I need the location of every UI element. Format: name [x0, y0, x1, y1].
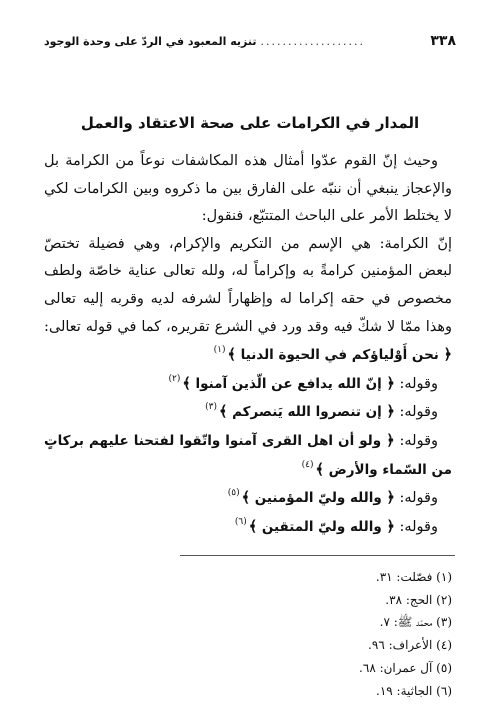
quran-verse: والله وليّ المؤمنين: [255, 490, 382, 506]
ornate-bracket-close: ﴾: [219, 403, 228, 420]
footnote-ref[interactable]: (١): [214, 345, 226, 355]
quran-verse: والله وليّ المتقين: [262, 519, 382, 535]
quote-line: وقوله: ﴿ ولو أن اهل القرى آمنوا واتّقوا …: [44, 427, 452, 484]
ornate-bracket-open: ﴿: [386, 375, 395, 392]
ornate-bracket-open: ﴿: [386, 489, 395, 506]
quote-prefix: وقوله:: [395, 519, 438, 535]
footnote-item: (١) فصّلت: ٣١.: [152, 566, 452, 589]
quote-prefix: وقوله:: [395, 376, 438, 392]
quran-verse: نحن أَوْلياؤكم في الحيوة الدنيا: [241, 347, 439, 363]
footnote-item: (٤) الأعراف: ٩٦.: [152, 634, 452, 657]
body-text: وحيث إنّ القوم عدّوا أمثال هذه المكاشفات…: [44, 148, 452, 541]
footnote-item: (٣) محمّد ﷺ: ٧.: [152, 611, 452, 634]
quote-line: وقوله: ﴿ إنّ الله يدافع عن الّذين آمنوا …: [44, 370, 452, 399]
footnote-item: (٢) الحج: ٣٨.: [152, 589, 452, 612]
footnote-divider: [180, 555, 455, 556]
footnote-ref[interactable]: (٥): [228, 488, 240, 498]
footnote-ref[interactable]: (٢): [169, 374, 181, 384]
book-page: ٣٣٨ ................... تنزيه المعبود في…: [0, 0, 496, 717]
footnote-ref[interactable]: (٣): [205, 402, 217, 412]
ornate-bracket-open: ﴿: [386, 518, 395, 535]
paragraph-definition-text: إنّ الكرامة: هي الإسم من التكريم والإكرا…: [44, 236, 452, 335]
quote-line: وقوله: ﴿ إن تنصروا الله يَنصركم ﴾(٣): [44, 398, 452, 427]
quote-prefix: وقوله:: [395, 433, 438, 449]
footnotes-list: (١) فصّلت: ٣١. (٢) الحج: ٣٨. (٣) محمّد ﷺ…: [152, 566, 452, 702]
running-header: ٣٣٨ ................... تنزيه المعبود في…: [44, 33, 456, 49]
ornate-bracket-open: ﴿: [386, 403, 395, 420]
section-title: المدار في الكرامات على صحة الاعتقاد والع…: [44, 114, 456, 132]
footnote-item: (٥) آل عمران: ٦٨.: [152, 657, 452, 680]
footnote-ref[interactable]: (٦): [235, 517, 247, 527]
paragraph-intro: وحيث إنّ القوم عدّوا أمثال هذه المكاشفات…: [44, 148, 452, 231]
ornate-bracket-open: ﴿: [386, 432, 395, 449]
quote-prefix: وقوله:: [395, 404, 438, 420]
quote-line: وقوله: ﴿ والله وليّ المؤمنين ﴾(٥): [44, 484, 452, 513]
quran-verse: إنّ الله يدافع عن الّذين آمنوا: [195, 376, 381, 392]
ornate-bracket-close: ﴾: [228, 346, 237, 363]
dot-leader: ...................: [261, 35, 421, 48]
paragraph-definition: إنّ الكرامة: هي الإسم من التكريم والإكرا…: [44, 231, 452, 370]
ornate-bracket-close: ﴾: [242, 489, 251, 506]
footnote-ref[interactable]: (٤): [302, 460, 314, 470]
ornate-bracket-close: ﴾: [316, 461, 325, 478]
quote-line: وقوله: ﴿ والله وليّ المتقين ﴾(٦): [44, 513, 452, 542]
page-number: ٣٣٨: [430, 33, 456, 49]
quote-prefix: وقوله:: [395, 490, 438, 506]
quran-verse: إن تنصروا الله يَنصركم: [232, 404, 382, 420]
ornate-bracket-open: ﴿: [444, 346, 453, 363]
book-title: تنزيه المعبود في الردّ على وحدة الوجود: [44, 35, 257, 48]
ornate-bracket-close: ﴾: [182, 375, 191, 392]
footnote-item: (٦) الجاثية: ١٩.: [152, 680, 452, 703]
ornate-bracket-close: ﴾: [249, 518, 258, 535]
